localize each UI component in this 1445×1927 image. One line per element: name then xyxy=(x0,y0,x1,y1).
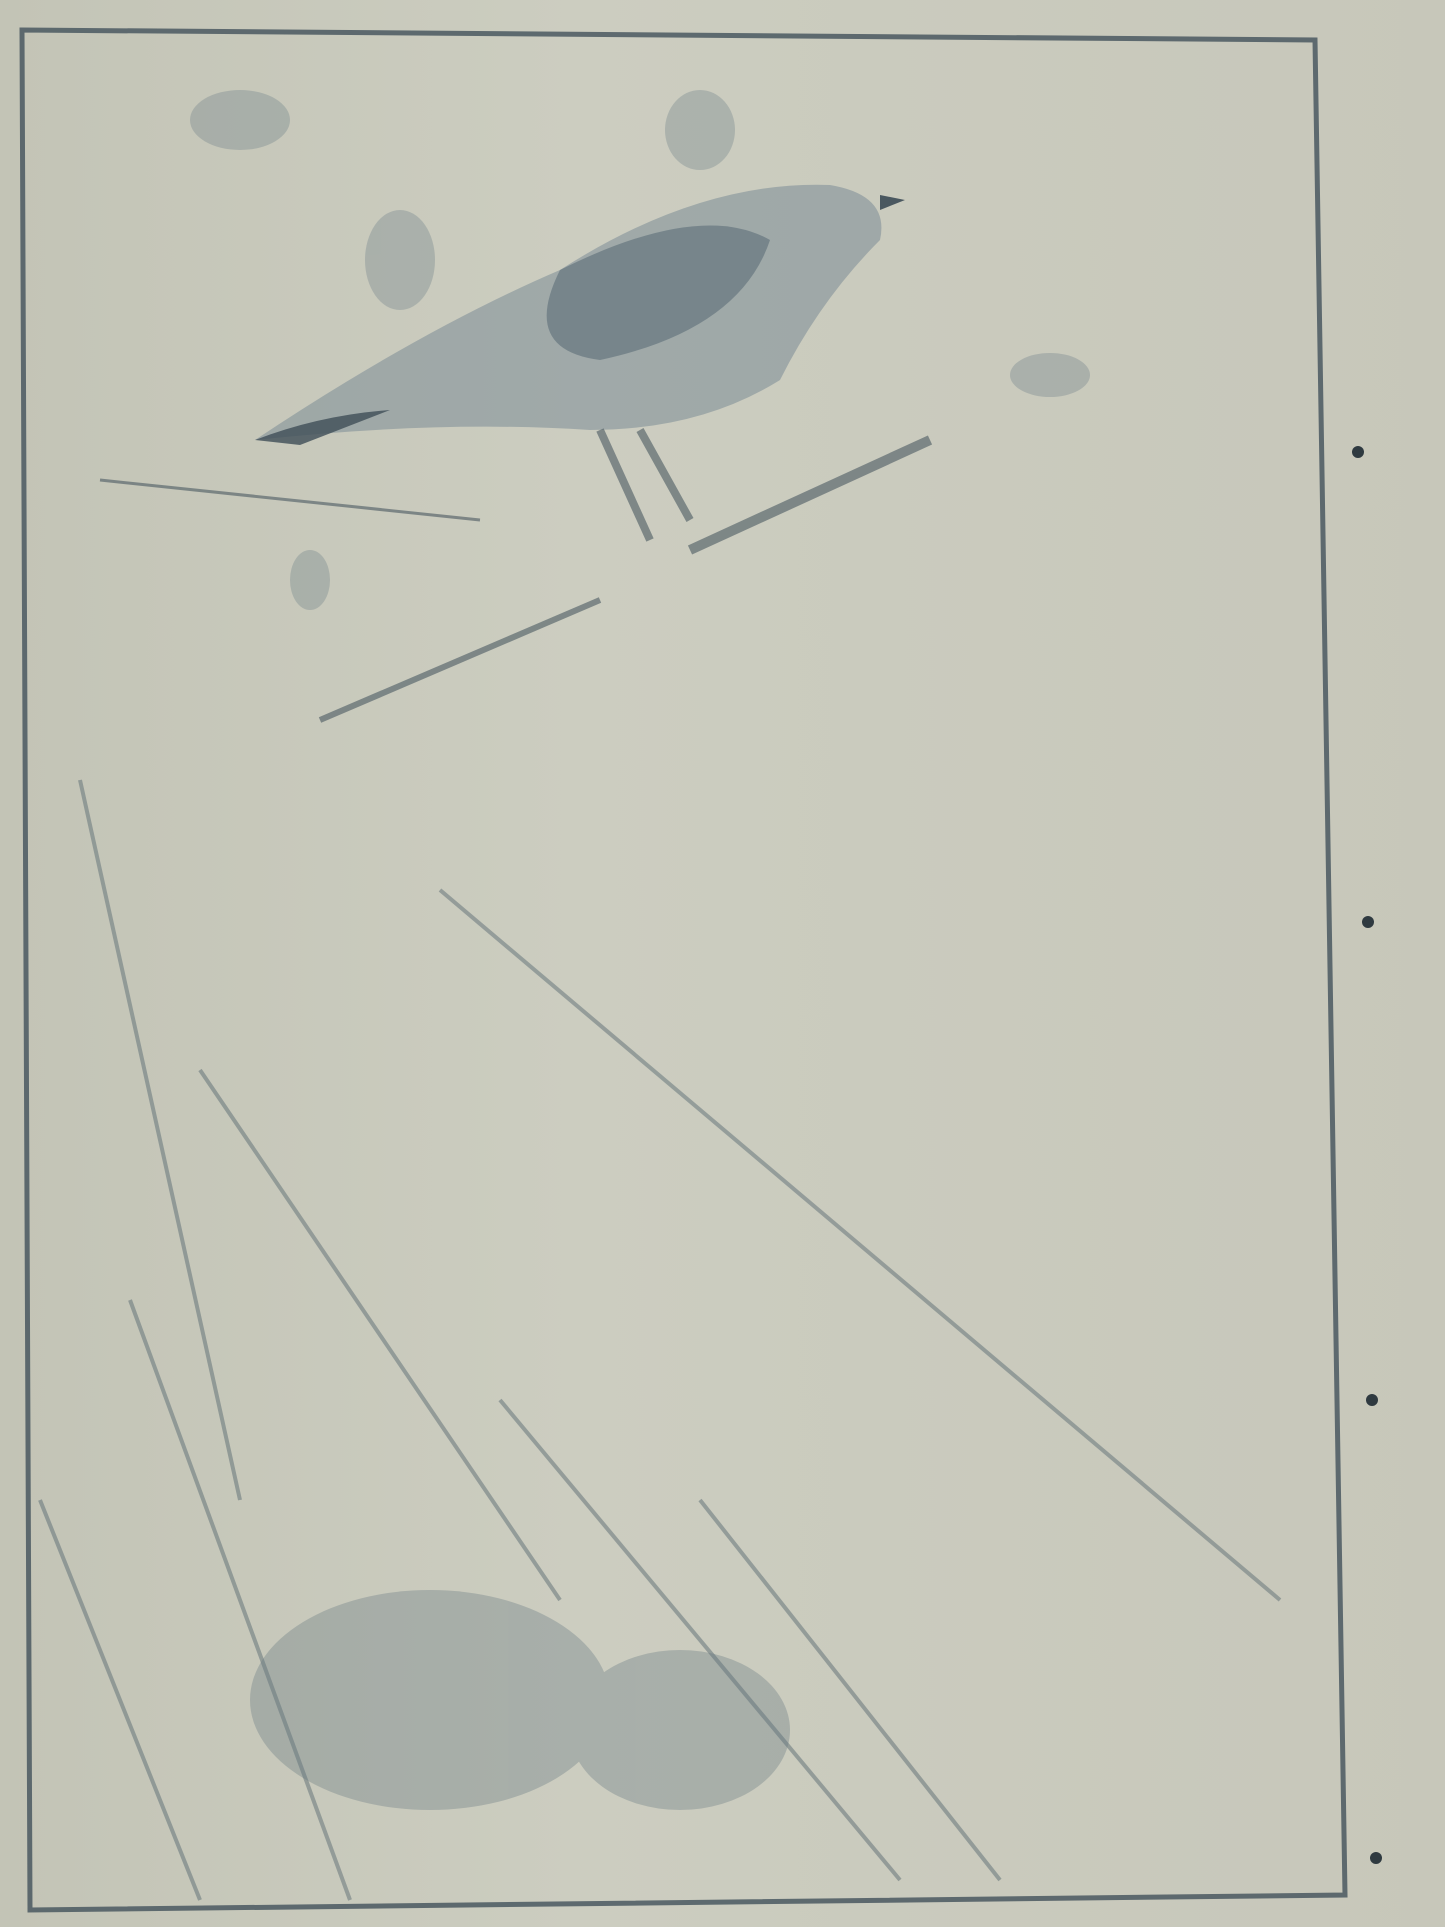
bird xyxy=(255,185,905,540)
binding-holes xyxy=(1352,446,1382,1864)
branches xyxy=(100,440,930,720)
lower-foliage xyxy=(250,1590,790,1810)
print-artwork xyxy=(0,0,1445,1927)
